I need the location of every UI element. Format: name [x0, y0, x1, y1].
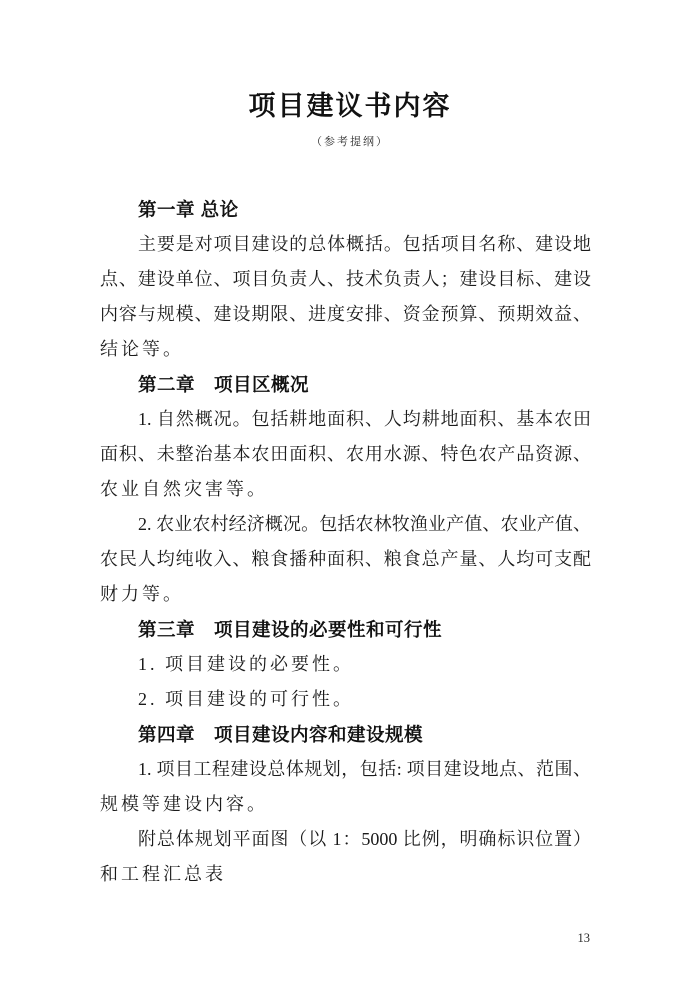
text-line: 结论等。 — [100, 332, 591, 367]
text-line: 和工程汇总表 — [100, 857, 591, 892]
chapter-3-heading: 第三章 项目建设的必要性和可行性 — [100, 612, 591, 647]
text-line: 农民人均纯收入、粮食播种面积、粮食总产量、人均可支配 — [100, 542, 591, 577]
chapter-1-heading: 第一章 总论 — [100, 192, 591, 227]
page-subtitle: （参考提纲） — [0, 133, 700, 149]
text-line: 农业自然灾害等。 — [100, 472, 591, 507]
text-line: 1. 项目工程建设总体规划，包括: 项目建设地点、范围、 — [100, 752, 591, 787]
text-line: 2. 农业农村经济概况。包括农林牧渔业产值、农业产值、 — [100, 507, 591, 542]
text-line: 内容与规模、建设期限、进度安排、资金预算、预期效益、 — [100, 297, 591, 332]
text-line: 1. 自然概况。包括耕地面积、人均耕地面积、基本农田 — [100, 402, 591, 437]
text-line: 1. 项目建设的必要性。 — [100, 647, 591, 682]
text-line: 面积、未整治基本农田面积、农用水源、特色农产品资源、 — [100, 437, 591, 472]
text-line: 财力等。 — [100, 577, 591, 612]
chapter-4-heading: 第四章 项目建设内容和建设规模 — [100, 717, 591, 752]
page-number: 13 — [578, 931, 591, 946]
text-line: 主要是对项目建设的总体概括。包括项目名称、建设地 — [100, 227, 591, 262]
text-line: 规模等建设内容。 — [100, 787, 591, 822]
document-page: 项目建议书内容 （参考提纲） 第一章 总论 主要是对项目建设的总体概括。包括项目… — [0, 0, 700, 990]
text-line: 2. 项目建设的可行性。 — [100, 682, 591, 717]
text-line: 附总体规划平面图（以 1：5000 比例，明确标识位置） — [100, 822, 591, 857]
text-line: 点、建设单位、项目负责人、技术负责人；建设目标、建设 — [100, 262, 591, 297]
page-title: 项目建议书内容 — [0, 84, 700, 123]
document-body: 第一章 总论 主要是对项目建设的总体概括。包括项目名称、建设地 点、建设单位、项… — [100, 192, 591, 892]
chapter-2-heading: 第二章 项目区概况 — [100, 367, 591, 402]
